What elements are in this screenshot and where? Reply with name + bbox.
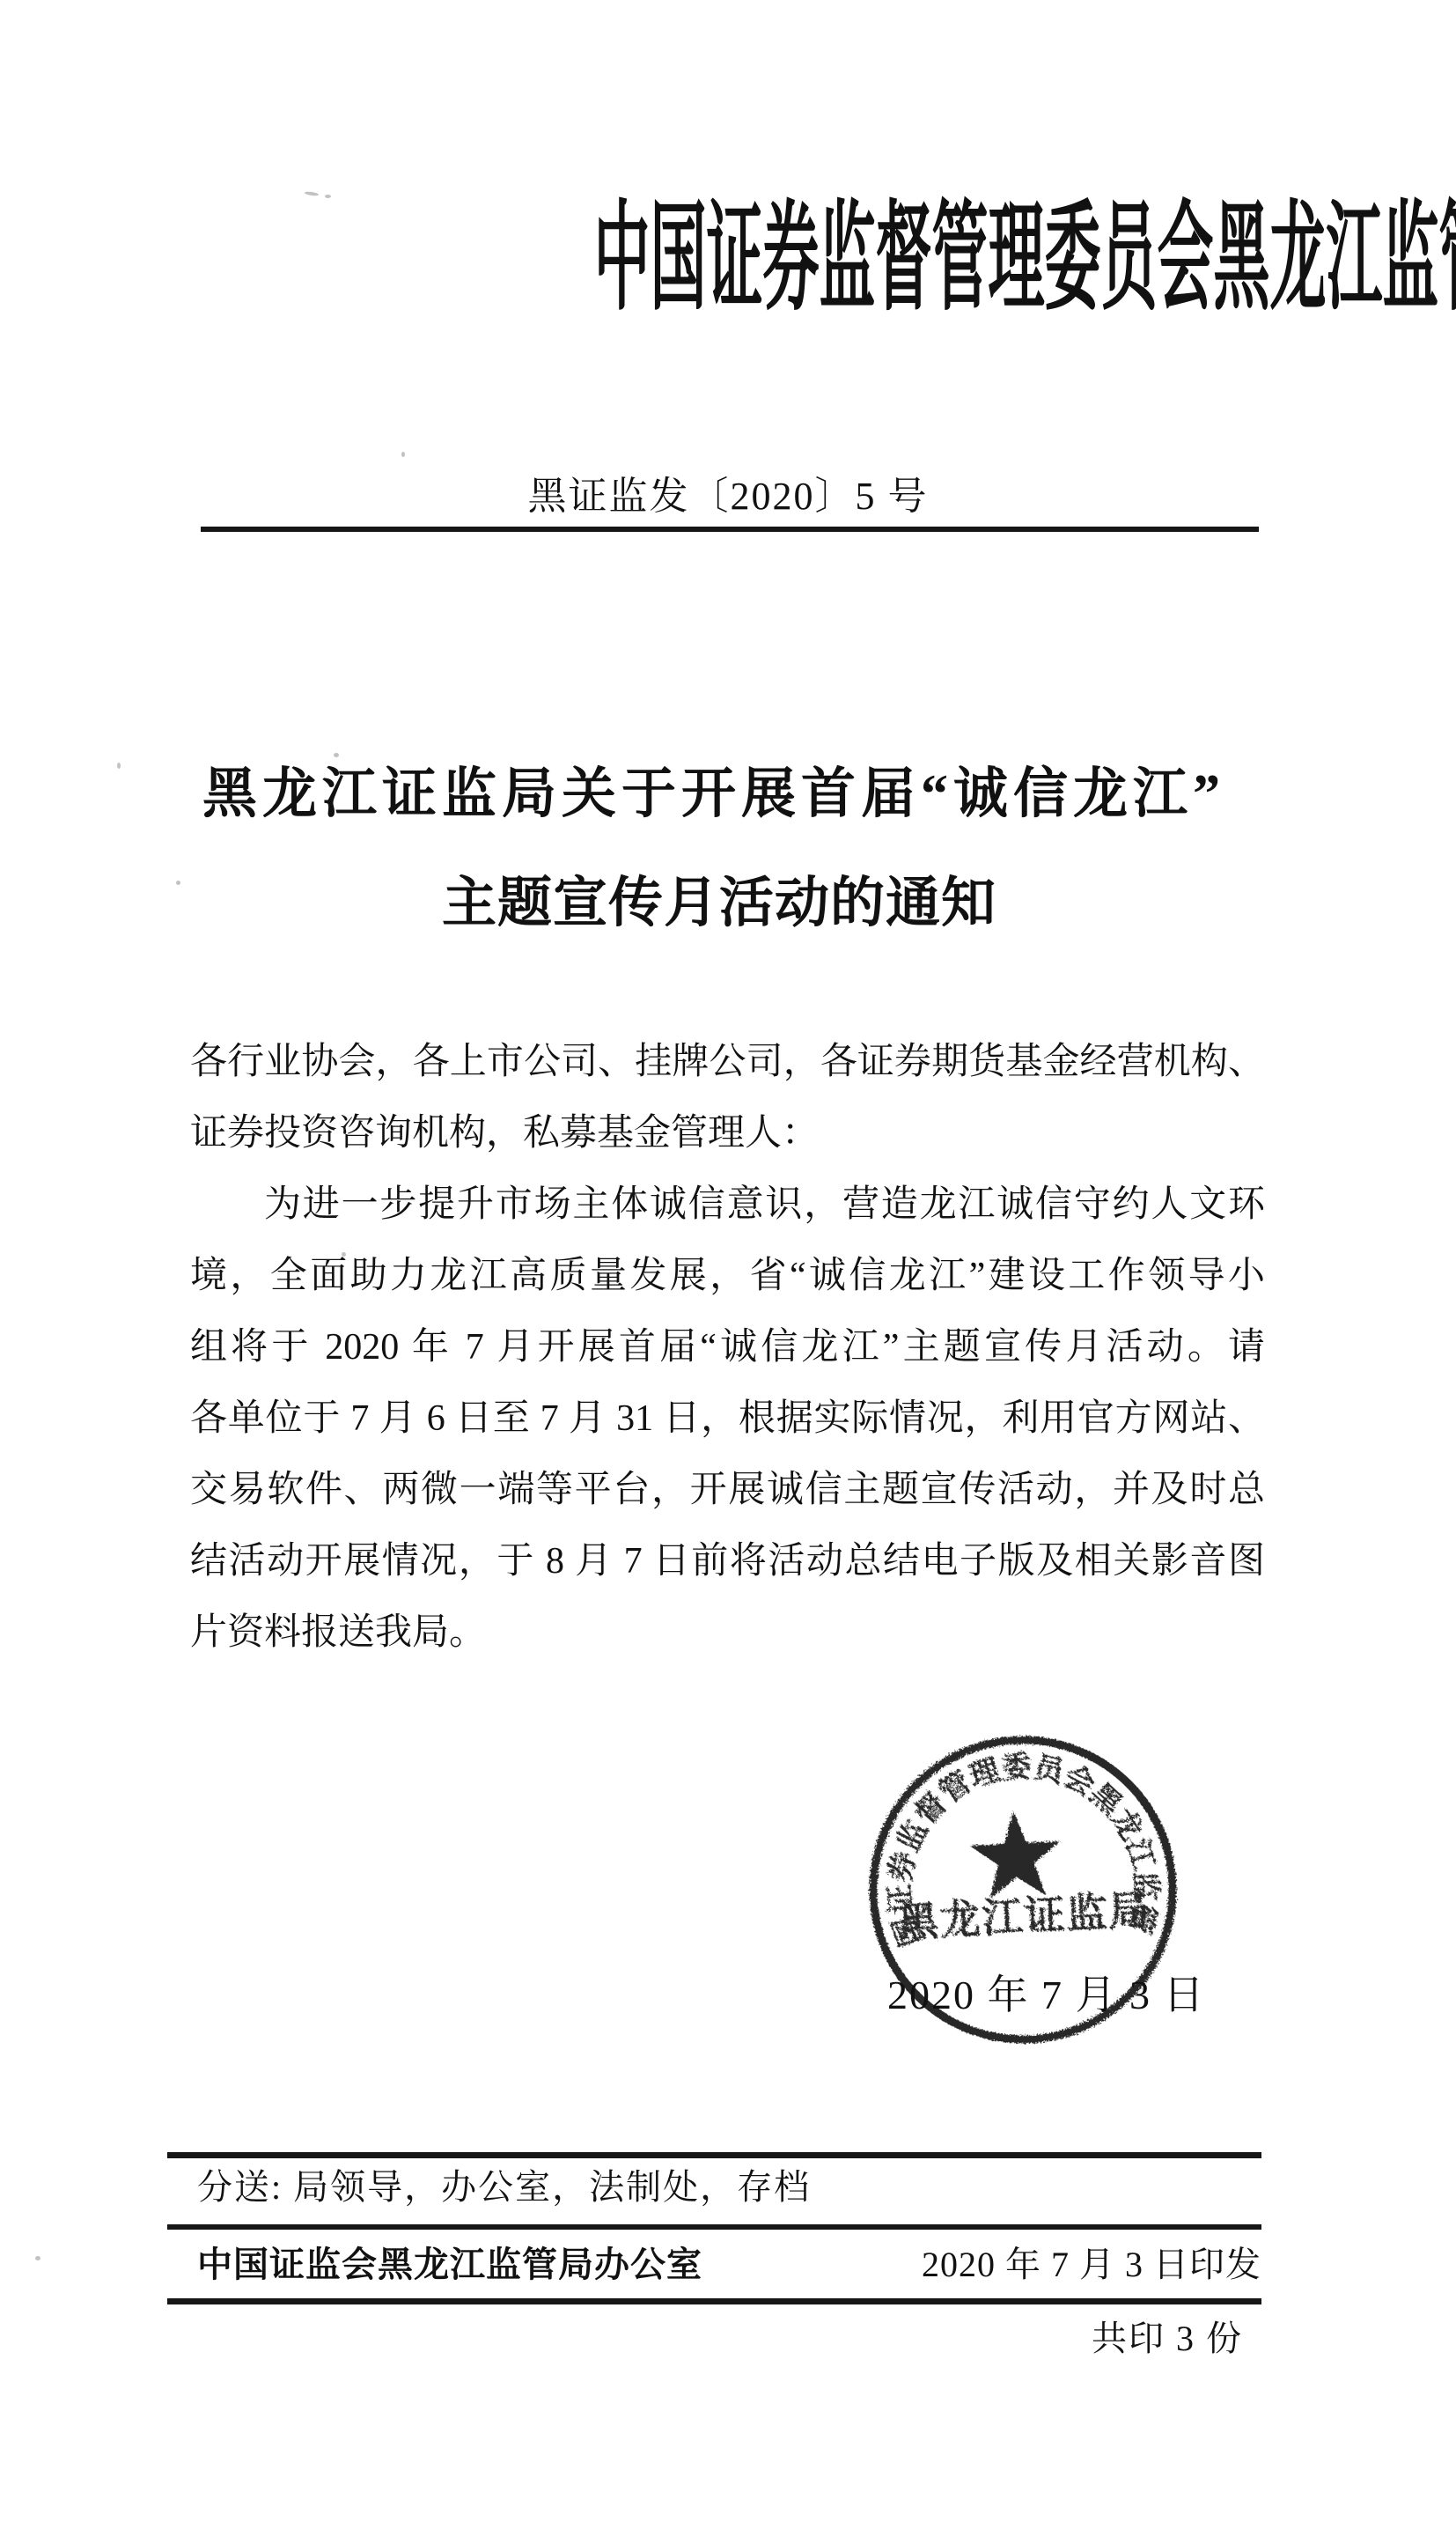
body-line: 境，全面助力龙江高质量发展，省“诚信龙江”建设工作领导小: [190, 1241, 1265, 1312]
header-separator-rule: [201, 527, 1259, 532]
star-icon: [968, 1809, 1063, 1899]
scan-speck: [334, 753, 339, 757]
header-banner-text: 中国证券监督管理委员会黑龙江监管局文件: [594, 194, 1456, 326]
body-line: 片资料报送我局。: [190, 1597, 1265, 1669]
scan-speck: [325, 195, 331, 198]
document-page: 中国证券监督管理委员会黑龙江监管局文件 黑证监发〔2020〕5 号 黑龙江证监局…: [0, 0, 1456, 2544]
body-line: 证券投资咨询机构，私募基金管理人：: [190, 1098, 1265, 1169]
scan-speck: [401, 452, 405, 457]
seal-name: 黑龙江证监局: [896, 1887, 1151, 1945]
notice-title-line2: 主题宣传月活动的通知: [0, 870, 1447, 937]
scan-speck: [176, 881, 180, 885]
footer-rule: [167, 2224, 1261, 2230]
header-banner: 中国证券监督管理委员会黑龙江监管局文件: [0, 194, 1456, 326]
scan-speck: [117, 763, 121, 769]
body-line: 各行业协会，各上市公司、挂牌公司，各证券期货基金经营机构、: [190, 1027, 1265, 1098]
footer-rule: [167, 2298, 1261, 2304]
notice-title-line1: 黑龙江证监局关于开展首届“诚信龙江”: [0, 761, 1442, 828]
body-line: 为进一步提升市场主体诚信意识，营造龙江诚信守约人文环: [190, 1169, 1265, 1241]
body-line: 组将于 2020 年 7 月开展首届“诚信龙江”主题宣传月活动。请: [190, 1312, 1265, 1383]
copies-count: 共印 3 份: [1092, 2318, 1243, 2360]
scan-speck: [35, 2256, 40, 2260]
distribution-line: 分送: 局领导，办公室，法制处，存档: [197, 2166, 811, 2208]
body-line: 结活动开展情况，于 8 月 7 日前将活动总结电子版及相关影音图: [190, 1526, 1265, 1597]
doc-number: 黑证监发〔2020〕5 号: [0, 474, 1456, 520]
print-date: 2020 年 7 月 3 日印发: [922, 2244, 1261, 2286]
notice-body: 各行业协会，各上市公司、挂牌公司，各证券期货基金经营机构、 证券投资咨询机构，私…: [190, 1027, 1265, 1669]
issue-date: 2020 年 7 月 3 日: [887, 1973, 1206, 2018]
footer-rule: [167, 2152, 1261, 2158]
body-line: 交易软件、两微一端等平台，开展诚信主题宣传活动，并及时总: [190, 1455, 1265, 1526]
body-line: 各单位于 7 月 6 日至 7 月 31 日，根据实际情况，利用官方网站、: [190, 1383, 1265, 1455]
issuing-office: 中国证监会黑龙江监管局办公室: [197, 2244, 702, 2286]
scan-speck: [342, 1252, 346, 1257]
